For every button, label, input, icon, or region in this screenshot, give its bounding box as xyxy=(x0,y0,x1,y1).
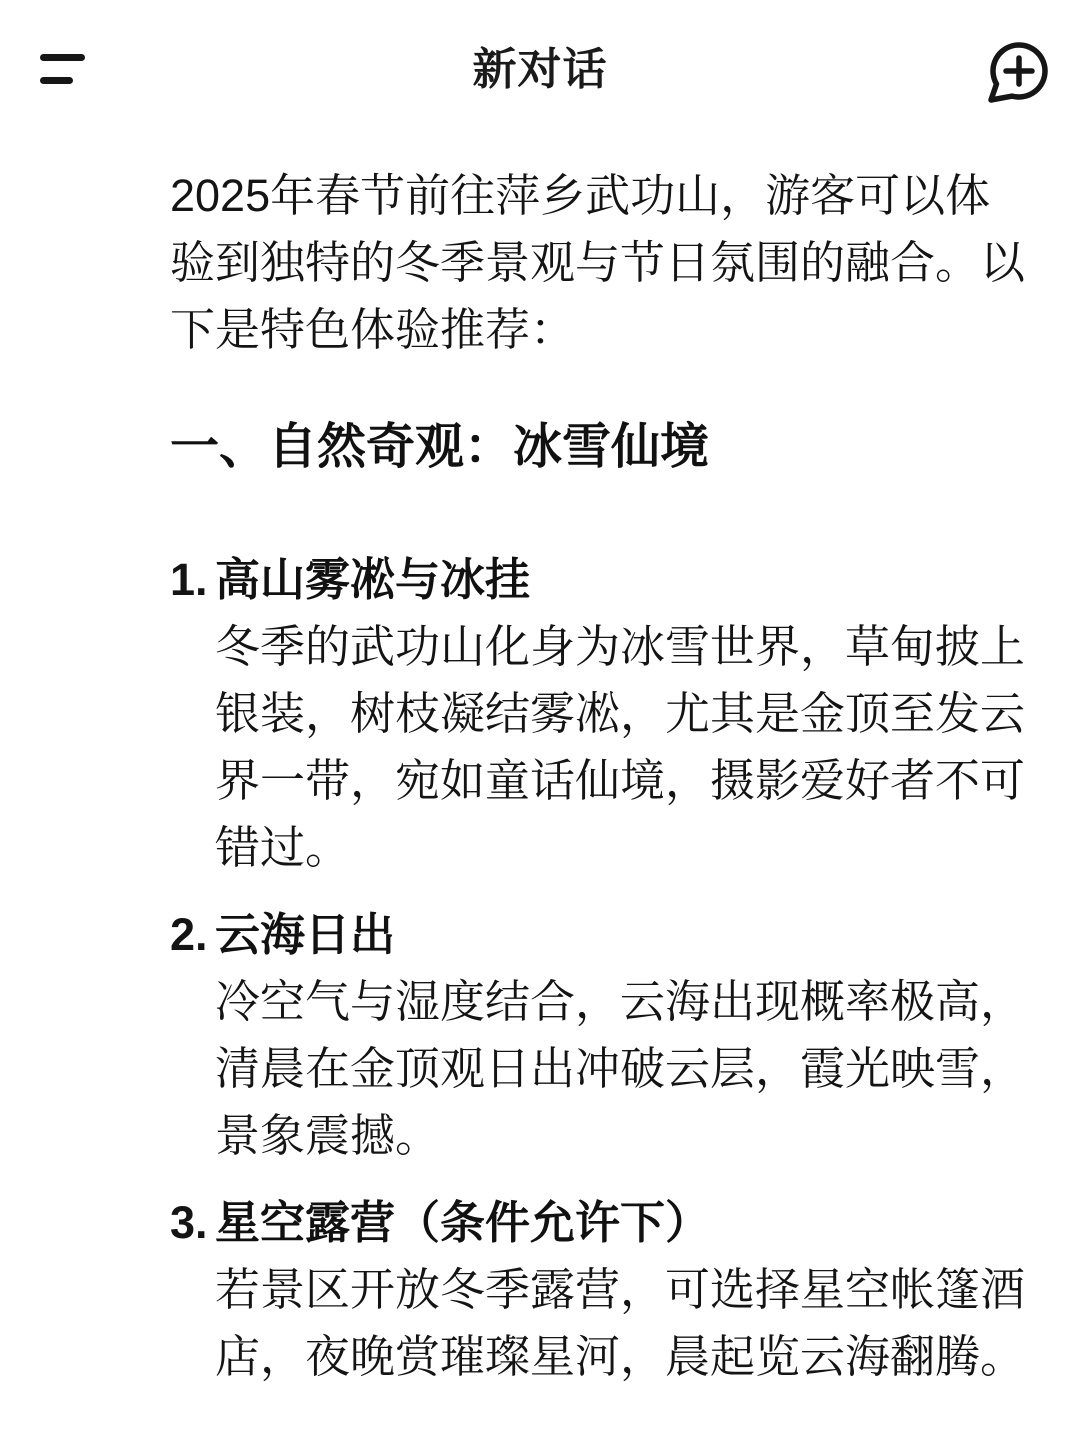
list-item-title: 高山雾凇与冰挂 xyxy=(215,546,1050,613)
list-item: 2. 云海日出 冷空气与湿度结合，云海出现概率极高， 清晨在金顶观日出冲破云层，… xyxy=(170,901,1050,1169)
list-item-number: 2. xyxy=(170,901,215,968)
list-item-body: 冷空气与湿度结合，云海出现概率极高， 清晨在金顶观日出冲破云层，霞光映雪， 景象… xyxy=(215,968,1050,1169)
intro-paragraph: 2025年春节前往萍乡武功山，游客可以体 验到独特的冬季景观与节日氛围的融合。以… xyxy=(170,162,1050,363)
section-heading: 一、自然奇观：冰雪仙境 xyxy=(170,417,1050,477)
list-item: 3. 星空露营（条件允许下） 若景区开放冬季露营，可选择星空帐篷酒 店，夜晚赏璀… xyxy=(170,1189,1050,1390)
speech-bubble-plus-icon xyxy=(982,42,1050,106)
list-item-body: 若景区开放冬季露营，可选择星空帐篷酒 店，夜晚赏璀璨星河，晨起览云海翻腾。 xyxy=(215,1256,1050,1390)
page-title: 新对话 xyxy=(0,44,1080,96)
list-item-body: 冬季的武功山化身为冰雪世界，草甸披上 银装，树枝凝结雾凇，尤其是金顶至发云 界一… xyxy=(215,613,1050,881)
assistant-message: 2025年春节前往萍乡武功山，游客可以体 验到独特的冬季景观与节日氛围的融合。以… xyxy=(170,162,1050,1390)
top-bar: 新对话 xyxy=(0,0,1080,140)
feature-list: 1. 高山雾凇与冰挂 冬季的武功山化身为冰雪世界，草甸披上 银装，树枝凝结雾凇，… xyxy=(170,546,1050,1390)
list-item-number: 3. xyxy=(170,1189,215,1256)
list-item: 1. 高山雾凇与冰挂 冬季的武功山化身为冰雪世界，草甸披上 银装，树枝凝结雾凇，… xyxy=(170,546,1050,881)
new-chat-button[interactable] xyxy=(982,42,1050,106)
list-item-title: 云海日出 xyxy=(215,901,1050,968)
list-item-title: 星空露营（条件允许下） xyxy=(215,1189,1050,1256)
list-item-number: 1. xyxy=(170,546,215,613)
app-screen: 新对话 2025年春节前往萍乡武功山，游客可以体 验到独特的冬季景观与节日氛围的… xyxy=(0,0,1080,1443)
